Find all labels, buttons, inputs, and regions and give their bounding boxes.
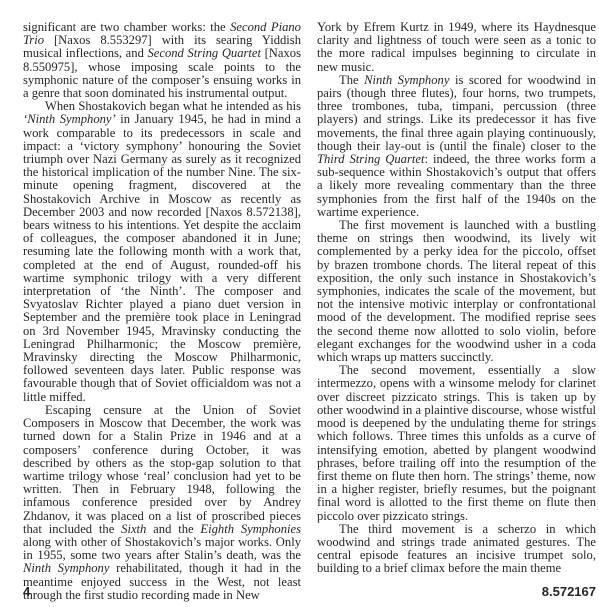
paragraph: When Shostakovich began what he intended… — [23, 100, 301, 404]
text-run: along with other of Shostakovich’s major… — [23, 535, 301, 562]
paragraph: The third movement is a scherzo in which… — [317, 523, 596, 576]
right-text-column: York by Efrem Kurtz in 1949, where its H… — [317, 21, 596, 576]
text-run: The third movement is a scherzo in which… — [317, 522, 596, 576]
page-number: 4 — [23, 584, 30, 599]
text-run: The first movement is launched with a bu… — [317, 218, 596, 364]
catalogue-number: 8.572167 — [542, 584, 596, 599]
italic-title: Third String Quartet — [317, 152, 424, 166]
text-run: Escaping censure at the Union of Soviet … — [23, 403, 301, 536]
italic-title: Eighth Symphonies — [200, 522, 301, 536]
italic-title: Ninth Symphony — [23, 561, 109, 575]
italic-title: Ninth Symphony — [364, 73, 449, 87]
text-run: The — [339, 73, 364, 87]
left-text-column: significant are two chamber works: the S… — [23, 21, 301, 602]
text-run: When Shostakovich began what he intended… — [45, 99, 301, 113]
paragraph: Escaping censure at the Union of Soviet … — [23, 404, 301, 602]
text-run: York by Efrem Kurtz in 1949, where its H… — [317, 20, 596, 74]
text-run: and the — [146, 522, 200, 536]
paragraph: York by Efrem Kurtz in 1949, where its H… — [317, 21, 596, 74]
italic-title: Sixth — [121, 522, 146, 536]
italic-title: Second String Quartet — [147, 46, 261, 60]
paragraph: The second movement, essentially a slow … — [317, 364, 596, 522]
paragraph: significant are two chamber works: the S… — [23, 21, 301, 100]
text-run: significant are two chamber works: the — [23, 20, 230, 34]
paragraph: The Ninth Symphony is scored for woodwin… — [317, 74, 596, 219]
italic-title: ‘Ninth Symphony’ — [23, 112, 116, 126]
paragraph: The first movement is launched with a bu… — [317, 219, 596, 364]
text-run: in January 1945, he had in mind a work c… — [23, 112, 301, 403]
text-run: The second movement, essentially a slow … — [317, 363, 596, 522]
